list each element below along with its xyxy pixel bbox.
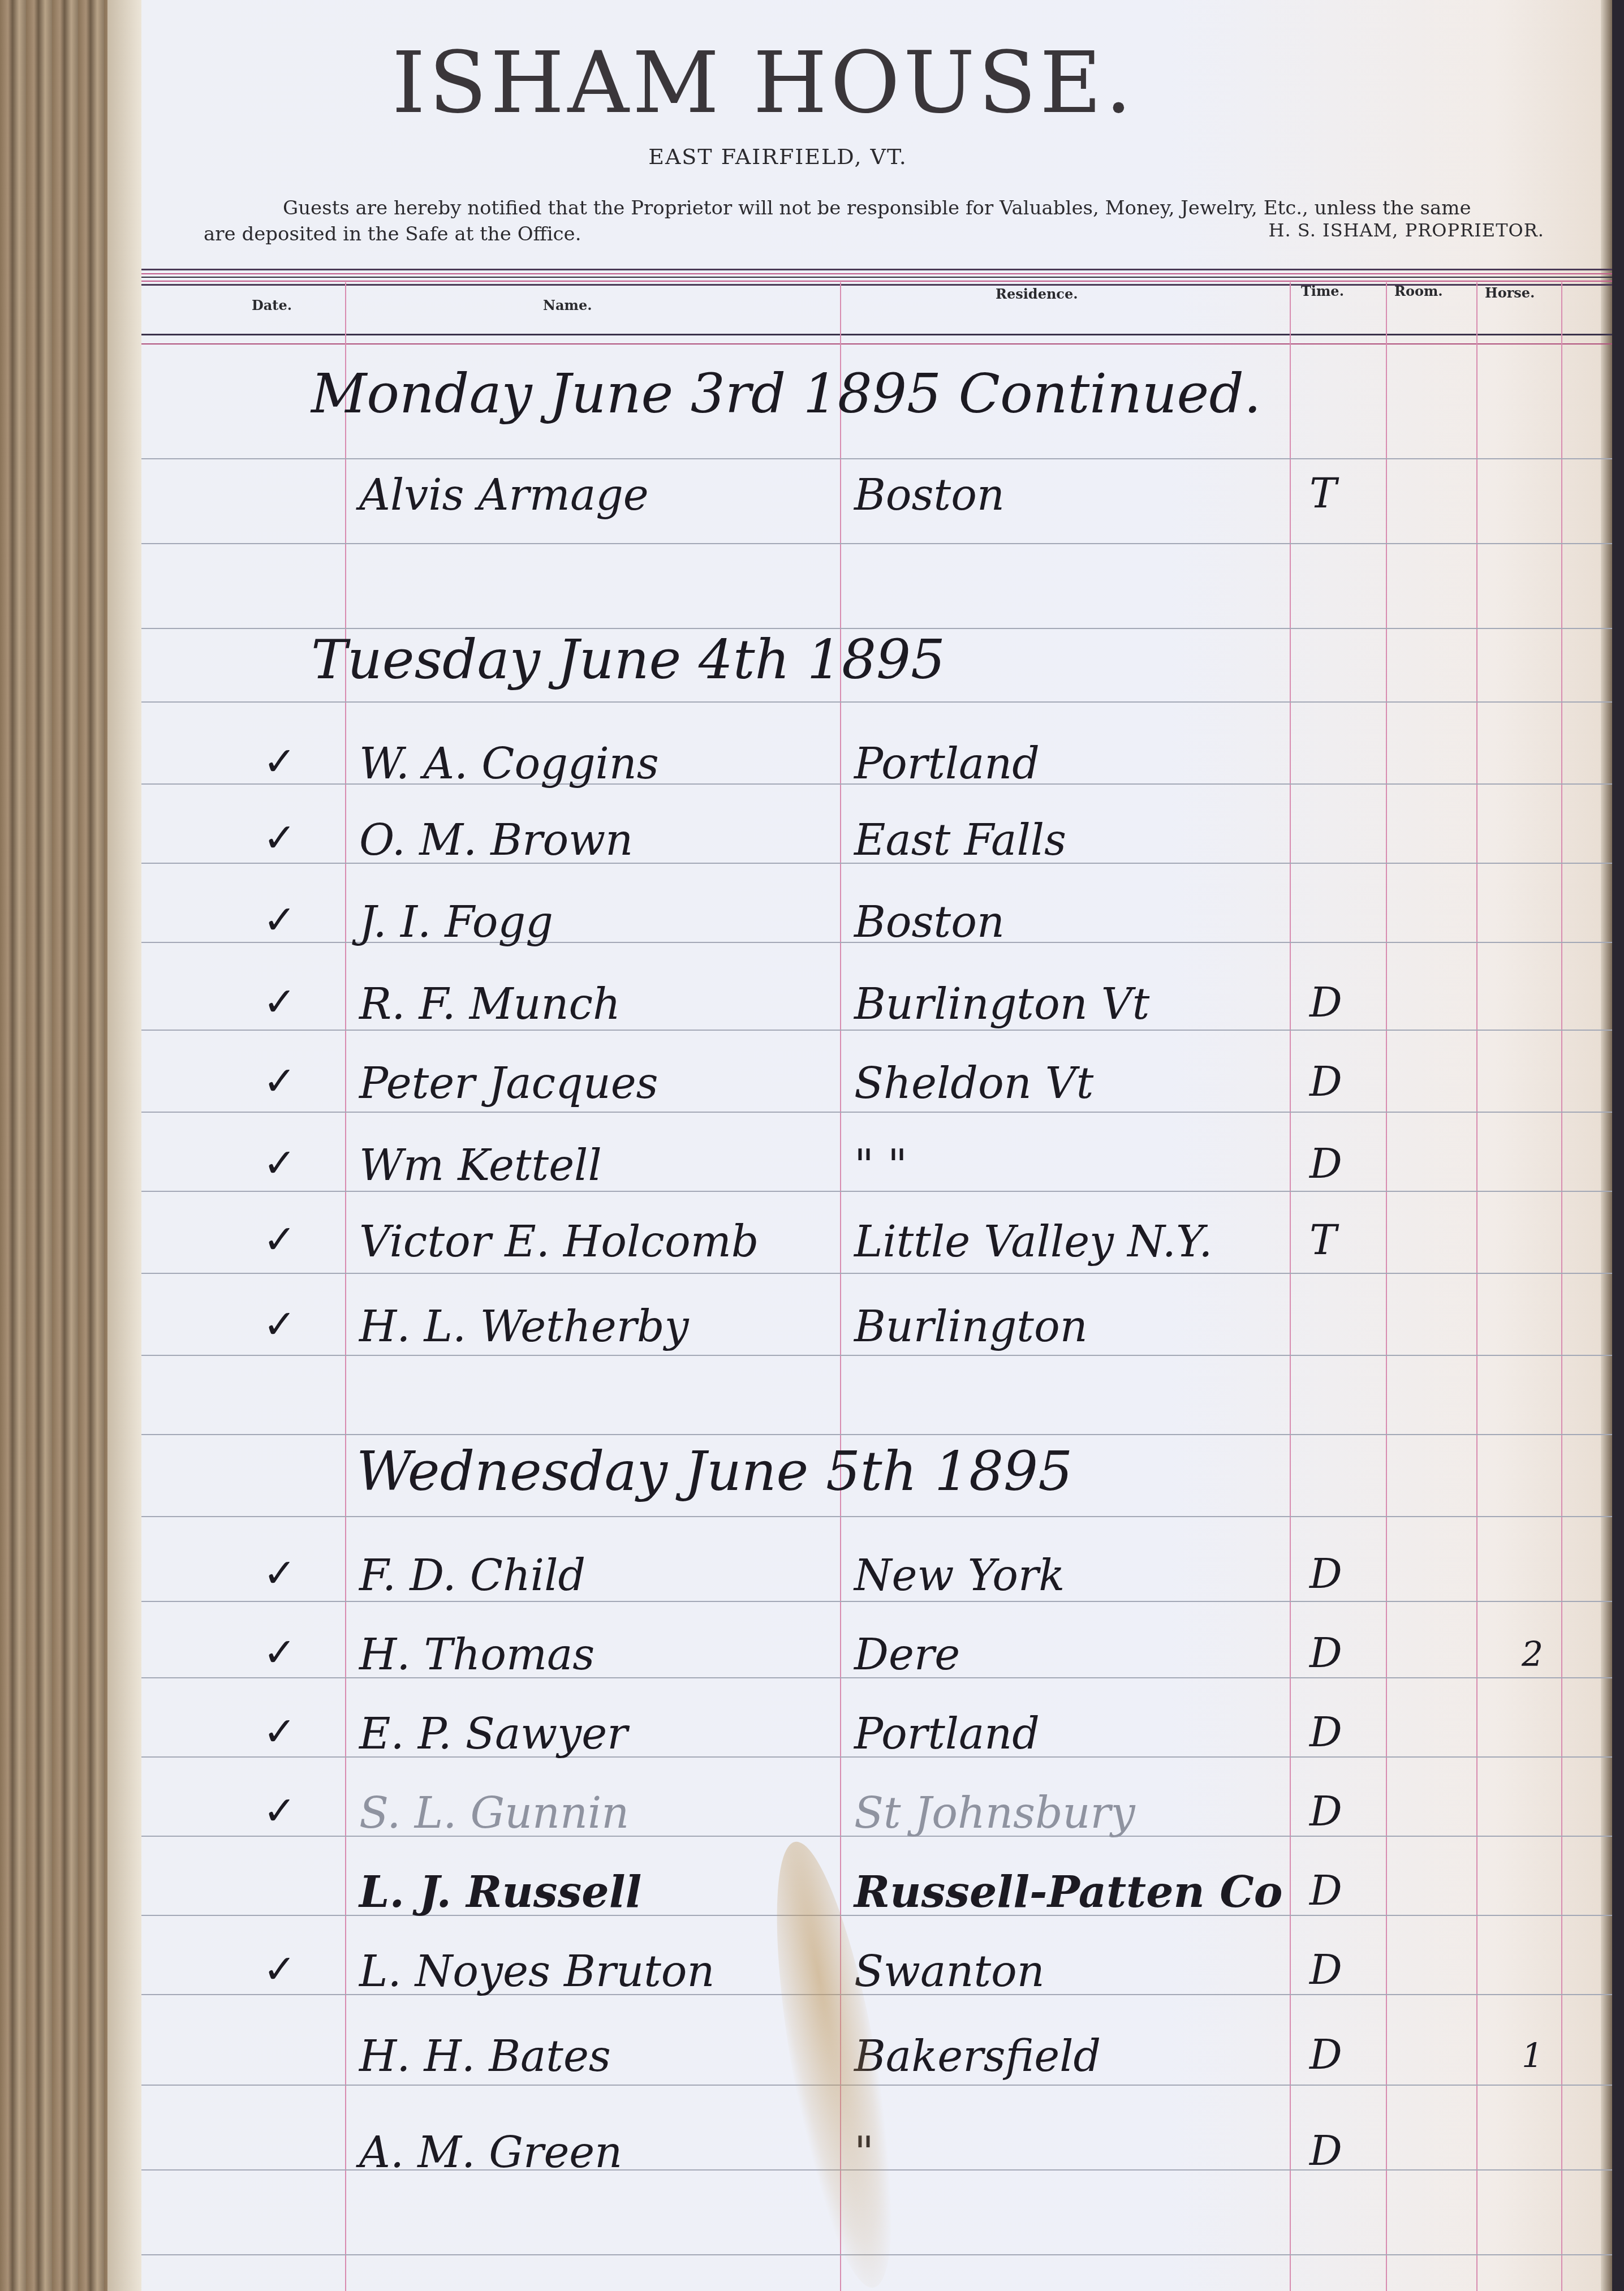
guest-name: W. A. Coggins xyxy=(359,738,659,789)
guest-name: L. J. Russell xyxy=(359,1867,641,1917)
guest-time: T xyxy=(1309,1216,1337,1264)
guest-row: ✓ W. A. Coggins Portland xyxy=(141,716,1612,800)
guest-residence: Boston xyxy=(854,470,1005,520)
guest-row: ✓ Victor E. Holcomb Little Valley N.Y. T xyxy=(141,1194,1612,1278)
guest-time: D xyxy=(1309,1629,1342,1677)
guest-residence: " " xyxy=(854,1140,907,1190)
ruled-line xyxy=(141,543,1612,544)
checkmark-icon: ✓ xyxy=(263,1946,296,1992)
guest-row: ✓ O. M. Brown East Falls xyxy=(141,792,1612,877)
guest-row: ✓ F. D. Child New York D xyxy=(141,1527,1612,1612)
checkmark-icon: ✓ xyxy=(263,1629,296,1676)
ruled-line xyxy=(141,701,1612,703)
checkmark-icon: ✓ xyxy=(263,1788,296,1834)
guest-name: J. I. Fogg xyxy=(359,897,553,947)
guest-name: S. L. Gunnin xyxy=(359,1788,629,1838)
register-page: ISHAM HOUSE. EAST FAIRFIELD, VT. Guests … xyxy=(141,0,1612,2291)
guest-row: ✓ Wm Kettell " " D xyxy=(141,1117,1612,1202)
checkmark-icon: ✓ xyxy=(263,1550,296,1596)
guest-row: L. J. Russell Russell-Patten Co D xyxy=(141,1844,1612,1929)
guest-name: Victor E. Holcomb xyxy=(359,1216,759,1267)
guest-name: F. D. Child xyxy=(359,1550,585,1600)
guest-name: H. L. Wetherby xyxy=(359,1301,689,1351)
column-header-residence: Residence. xyxy=(996,286,1078,302)
guest-residence: St Johnsbury xyxy=(854,1788,1135,1838)
guest-time: D xyxy=(1309,1867,1342,1914)
guest-name: H. Thomas xyxy=(359,1629,595,1680)
hotel-title: ISHAM HOUSE. xyxy=(141,34,1386,132)
checkmark-icon: ✓ xyxy=(263,1708,296,1755)
guest-residence: Burlington Vt xyxy=(854,979,1149,1029)
guest-horse: 1 xyxy=(1522,2036,1543,2076)
checkmark-icon: ✓ xyxy=(263,1216,296,1263)
guest-row: ✓ H. Thomas Dere D 2 xyxy=(141,1607,1612,1691)
guest-residence: Swanton xyxy=(854,1946,1045,1996)
proprietor-signature: H. S. ISHAM, PROPRIETOR. xyxy=(1269,219,1544,241)
column-header-date: Date. xyxy=(252,297,292,313)
guest-time: D xyxy=(1309,1550,1342,1597)
guest-time: T xyxy=(1309,470,1337,517)
guest-residence: Dere xyxy=(854,1629,960,1680)
guest-residence: East Falls xyxy=(854,815,1066,865)
guest-residence: Little Valley N.Y. xyxy=(854,1216,1213,1267)
day-heading-tuesday: Tuesday June 4th 1895 xyxy=(311,628,945,691)
guest-name: E. P. Sawyer xyxy=(359,1708,628,1759)
ruled-line xyxy=(141,1516,1612,1517)
guest-time: D xyxy=(1309,2127,1342,2174)
guest-name: R. F. Munch xyxy=(359,979,621,1029)
guest-residence: Russell-Patten Co xyxy=(854,1867,1282,1917)
guest-row: Alvis Armage Boston T xyxy=(141,447,1612,532)
guest-time: D xyxy=(1309,1788,1342,1835)
guest-name: Alvis Armage xyxy=(359,470,649,520)
guest-row: ✓ R. F. Munch Burlington Vt D xyxy=(141,956,1612,1041)
checkmark-icon: ✓ xyxy=(263,1058,296,1104)
header-rule-bottom xyxy=(141,334,1612,344)
column-header-name: Name. xyxy=(543,297,592,313)
guest-name: H. H. Bates xyxy=(359,2031,611,2081)
checkmark-icon: ✓ xyxy=(263,979,296,1025)
guest-time: D xyxy=(1309,1946,1342,1993)
guest-row: ✓ J. I. Fogg Boston xyxy=(141,874,1612,959)
checkmark-icon: ✓ xyxy=(263,1301,296,1347)
guest-residence: Portland xyxy=(854,1708,1040,1759)
hotel-location: EAST FAIRFIELD, VT. xyxy=(141,144,1414,169)
guest-horse: 2 xyxy=(1522,1635,1543,1674)
guest-time: D xyxy=(1309,1058,1342,1105)
guest-name: A. M. Green xyxy=(359,2127,622,2177)
guest-row: ✓ Peter Jacques Sheldon Vt D xyxy=(141,1035,1612,1120)
guest-residence: Bakersfield xyxy=(854,2031,1101,2081)
guest-row: ✓ H. L. Wetherby Burlington xyxy=(141,1278,1612,1363)
guest-name: O. M. Brown xyxy=(359,815,633,865)
guest-name: Wm Kettell xyxy=(359,1140,602,1190)
guest-name: Peter Jacques xyxy=(359,1058,658,1108)
guest-row: ✓ L. Noyes Bruton Swanton D xyxy=(141,1923,1612,2008)
column-header-room: Room. xyxy=(1394,283,1443,299)
guest-time: D xyxy=(1309,2031,1342,2078)
guest-residence: New York xyxy=(854,1550,1065,1600)
checkmark-icon: ✓ xyxy=(263,897,296,943)
checkmark-icon: ✓ xyxy=(263,815,296,861)
guest-time: D xyxy=(1309,979,1342,1026)
checkmark-icon: ✓ xyxy=(263,738,296,785)
guest-row: ✓ E. P. Sawyer Portland D xyxy=(141,1686,1612,1771)
guest-residence: Sheldon Vt xyxy=(854,1058,1093,1108)
guest-time: D xyxy=(1309,1708,1342,1756)
ruled-line xyxy=(141,1434,1612,1435)
column-header-time: Time. xyxy=(1301,283,1344,299)
guest-time: D xyxy=(1309,1140,1342,1187)
checkmark-icon: ✓ xyxy=(263,1140,296,1186)
day-heading-monday: Monday June 3rd 1895 Continued. xyxy=(311,362,1261,425)
guest-row: ✓ S. L. Gunnin St Johnsbury D xyxy=(141,1765,1612,1850)
header-rule-top xyxy=(141,269,1612,286)
guest-residence: Boston xyxy=(854,897,1005,947)
column-header-horse: Horse. xyxy=(1485,285,1535,301)
guest-name: L. Noyes Bruton xyxy=(359,1946,714,1996)
notice-line-1: Guests are hereby notified that the Prop… xyxy=(204,195,1606,221)
guest-residence: Portland xyxy=(854,738,1040,789)
guest-residence: Burlington xyxy=(854,1301,1088,1351)
book-page-edges xyxy=(0,0,141,2291)
day-heading-wednesday: Wednesday June 5th 1895 xyxy=(356,1440,1072,1503)
